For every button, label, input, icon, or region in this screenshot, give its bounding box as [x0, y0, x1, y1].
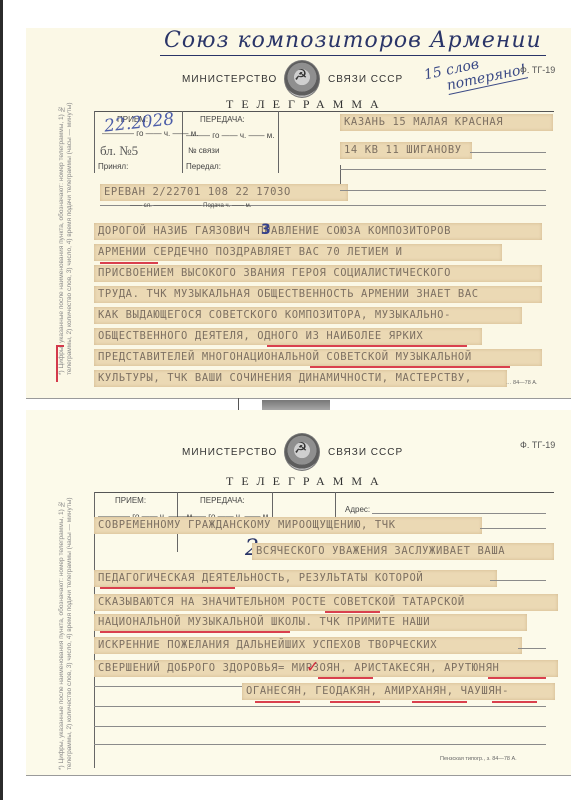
- peredacha-label: ПЕРЕДАЧА:: [200, 115, 245, 124]
- red-underline: [310, 366, 510, 368]
- message-line: СКАЗЫВАЮТСЯ НА ЗНАЧИТЕЛЬНОМ РОСТЕ СОВЕТС…: [94, 594, 558, 611]
- message-line: ОБЩЕСТВЕННОГО ДЕЯТЕЛЯ, ОДНОГО ИЗ НАИБОЛЕ…: [94, 328, 482, 345]
- form-code: Ф. ТГ-19: [520, 440, 555, 450]
- form-vline: [340, 165, 341, 185]
- form-rule: [94, 686, 242, 687]
- message-line: ПРИСВОЕНИЕМ ВЫСОКОГО ЗВАНИЯ ГЕРОЯ СОЦИАЛ…: [94, 265, 542, 282]
- ministry-right: СВЯЗИ СССР: [328, 74, 403, 85]
- form-rule: [490, 580, 546, 581]
- peredacha-label: ПЕРЕДАЧА:: [200, 496, 245, 505]
- print-note: … 84—78 А.: [506, 380, 538, 386]
- ministry-right: СВЯЗИ СССР: [328, 447, 403, 458]
- message-line: ИСКРЕННИЕ ПОЖЕЛАНИЯ ДАЛЬНЕЙШИХ УСПЕХОВ Т…: [94, 637, 522, 654]
- message-line: АРМЕНИИ СЕРДЕЧНО ПОЗДРАВЛЯЕТ ВАС 70 ЛЕТИ…: [94, 244, 502, 261]
- message-line: ВСЯЧЕСКОГО УВАЖЕНИЯ ЗАСЛУЖИВАЕТ ВАША: [252, 543, 554, 560]
- priem-label: ПРИЕМ:: [115, 496, 146, 505]
- red-check-mark: ✓: [306, 657, 319, 676]
- ministry-left: МИНИСТЕРСТВО: [182, 447, 277, 458]
- service-line-strip: ЕРЕВАН 2/22701 108 22 1703О: [100, 184, 348, 201]
- form-rule: [470, 152, 546, 153]
- telegram-title: ТЕЛЕГРАММА: [226, 97, 387, 112]
- message-line: СВЕРШЕНИЙ ДОБРОГО ЗДОРОВЬЯ= МИРЗОЯН, АРИ…: [94, 660, 558, 677]
- red-underline: [318, 677, 373, 679]
- ussr-emblem-icon: [284, 60, 320, 98]
- message-line: ОГАНЕСЯН, ГЕОДАКЯН, АМИРХАНЯН, ЧАУШЯН-: [242, 683, 555, 700]
- ussr-emblem-icon: [284, 433, 320, 471]
- red-underline: [492, 701, 537, 703]
- form-top-rule: [94, 492, 554, 493]
- red-underline: [100, 631, 290, 633]
- red-underline: [412, 701, 467, 703]
- form-code: Ф. ТГ-19: [520, 65, 555, 75]
- form-rule: [94, 706, 546, 707]
- peredal-field: Передал:: [186, 162, 221, 171]
- message-line: КАК ВЫДАЮЩЕГОСЯ СОВЕТСКОГО КОМПОЗИТОРА, …: [94, 307, 522, 324]
- peredacha-time: ——— го —— ч. —— м.: [186, 131, 274, 140]
- bl-number: бл. №5: [100, 143, 138, 159]
- form-vline: [182, 111, 183, 173]
- form-rule: [94, 726, 546, 727]
- address-strip: КАЗАНЬ 15 МАЛАЯ КРАСНАЯ: [340, 114, 553, 131]
- ministry-left: МИНИСТЕРСТВО: [182, 74, 277, 85]
- form-rule: [340, 190, 546, 191]
- handwritten-correction: 3: [261, 222, 271, 238]
- print-note: Пензская типогр., з. 84—78 А.: [440, 756, 517, 762]
- form-vline: [94, 111, 95, 173]
- address-label: Адрес:: [345, 505, 370, 514]
- red-underline: [255, 701, 300, 703]
- margin-footnote: *) Цифры, указанные после наименования п…: [58, 470, 82, 770]
- message-line: ДОРОГОЙ НАЗИБ ГАЯЗОВИЧ ПРАВЛЕНИЕ СОЮЗА К…: [94, 223, 542, 240]
- form-rule: [94, 744, 546, 745]
- form-rule: [480, 528, 546, 529]
- form-rule: [340, 169, 546, 170]
- message-line: ПЕДАГОГИЧЕСКАЯ ДЕЯТЕЛЬНОСТЬ, РЕЗУЛЬТАТЫ …: [94, 570, 497, 587]
- scan-edge: [0, 0, 3, 800]
- red-underline: [330, 701, 380, 703]
- red-underline: [325, 611, 380, 613]
- message-line: КУЛЬТУРЫ, ТЧК ВАШИ СОЧИНЕНИЯ ДИНАМИЧНОСТ…: [94, 370, 507, 387]
- message-line: ПРЕДСТАВИТЕЛЕЙ МНОГОНАЦИОНАЛЬНОЙ СОВЕТСК…: [94, 349, 542, 366]
- form-rule: [372, 513, 546, 514]
- red-underline: [267, 345, 467, 347]
- svyazi-field: № связи: [188, 146, 219, 155]
- message-line: СОВРЕМЕННОМУ ГРАЖДАНСКОМУ МИРООЩУЩЕНИЮ, …: [94, 517, 482, 534]
- margin-footnote: *) Цифры, указанные после наименования п…: [58, 85, 82, 375]
- sl-row: —— сл. ———————— Подача ч. —— м.: [130, 203, 251, 209]
- form-rule: [518, 648, 546, 649]
- red-underline: [100, 587, 235, 589]
- red-pencil-bracket: [56, 345, 64, 382]
- message-line: ТРУДА. ТЧК МУЗЫКАЛЬНАЯ ОБЩЕСТВЕННОСТЬ АР…: [94, 286, 542, 303]
- message-line: НАЦИОНАЛЬНОЙ МУЗЫКАЛЬНОЙ ШКОЛЫ. ТЧК ПРИМ…: [94, 614, 527, 631]
- handwritten-header: Союз композиторов Армении: [160, 28, 546, 56]
- prinyal-field: Принял:: [98, 162, 128, 171]
- form-vline: [278, 111, 279, 173]
- telegram-title: ТЕЛЕГРАММА: [226, 474, 387, 489]
- address-strip: 14 КВ 11 ШИГАНОВУ: [340, 142, 472, 159]
- red-underline: [488, 677, 546, 679]
- red-underline: [100, 262, 158, 264]
